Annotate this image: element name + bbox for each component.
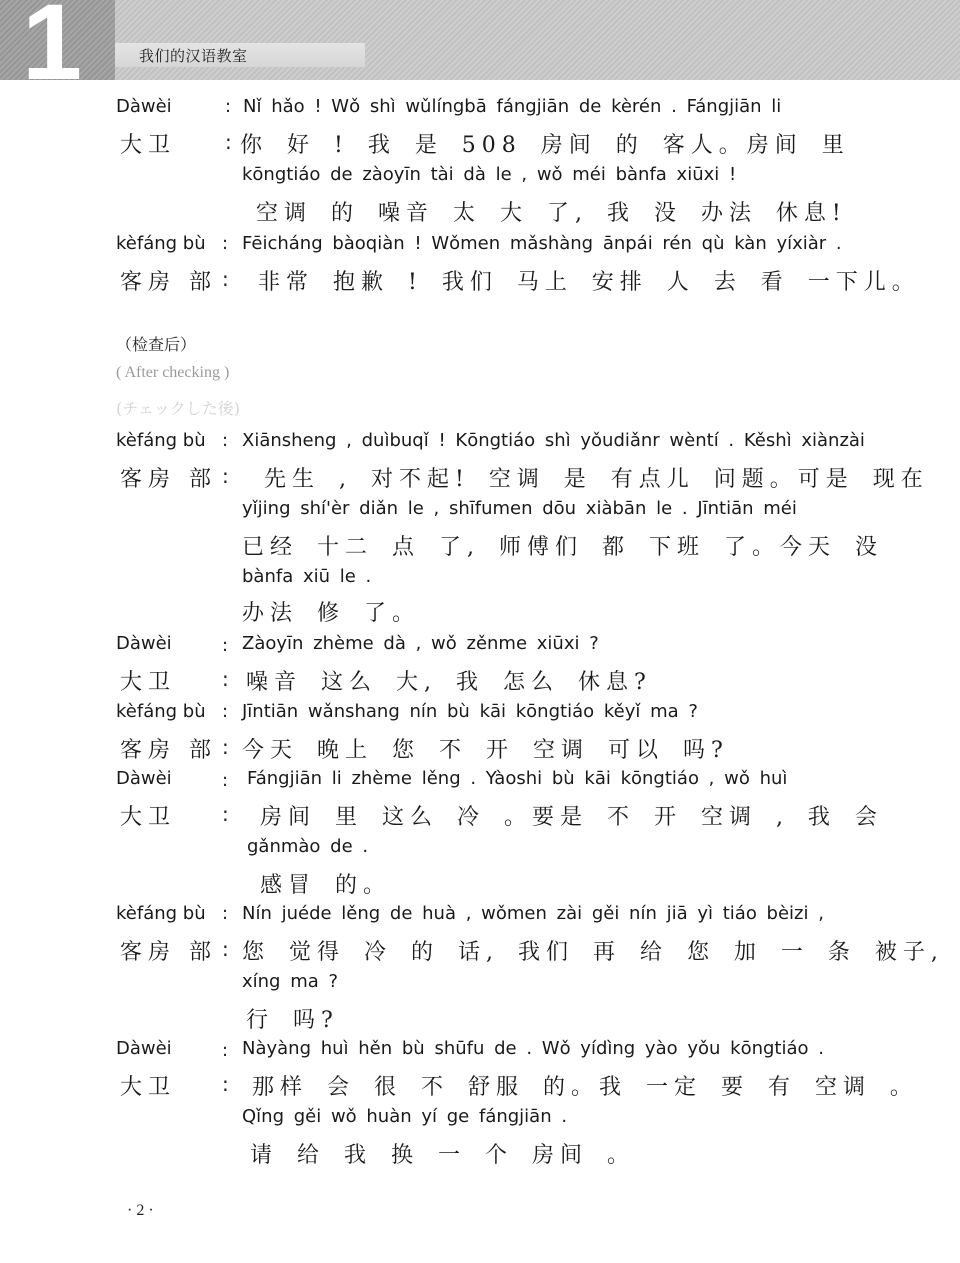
colon: :: [222, 464, 229, 488]
chinese-line: 今天 晚上 您 不 开 空调 可以 吗?: [242, 733, 729, 764]
speaker-chinese: 客房 部: [120, 733, 217, 764]
colon: :: [225, 130, 232, 154]
pinyin-line: yǐjing shí'èr diǎn le , shīfumen dōu xià…: [242, 498, 797, 519]
colon: :: [222, 267, 229, 291]
chinese-line: 你 好 ! 我 是 508 房间 的 客人。房间 里: [240, 128, 850, 159]
colon: :: [222, 701, 228, 722]
colon: :: [222, 937, 229, 961]
speaker-chinese: 大卫: [120, 800, 176, 831]
speaker-chinese: 大卫: [120, 665, 176, 696]
speaker-pinyin: kèfáng bù: [116, 701, 206, 722]
chinese-line: 感冒 的。: [260, 868, 391, 899]
pinyin-line: kōngtiáo de zàoyīn tài dà le , wǒ méi bà…: [242, 164, 736, 185]
note-chinese: （检查后）: [116, 332, 196, 355]
colon: :: [222, 770, 228, 791]
pinyin-line: xíng ma ?: [242, 971, 338, 992]
note-japanese: (チェックした後): [116, 396, 240, 419]
chinese-line: 非常 抱歉 ! 我们 马上 安排 人 去 看 一下儿。: [258, 265, 920, 296]
speaker-chinese: 客房 部: [120, 462, 217, 493]
pinyin-line: Jīntiān wǎnshang nín bù kāi kōngtiáo kěy…: [242, 701, 698, 722]
pinyin-line: Nǐ hǎo ! Wǒ shì wǔlíngbā fángjiān de kèr…: [243, 96, 781, 117]
colon: :: [222, 233, 228, 254]
speaker-chinese: 客房 部: [120, 935, 217, 966]
book-title: 我们的汉语教室: [139, 45, 248, 66]
colon: :: [225, 96, 231, 117]
colon: :: [222, 667, 229, 691]
colon: :: [222, 1072, 229, 1096]
pinyin-line: Nàyàng huì hěn bù shūfu de . Wǒ yídìng y…: [242, 1038, 824, 1059]
chinese-line: 房间 里 这么 冷 。要是 不 开 空调 , 我 会: [260, 800, 883, 831]
pinyin-line: bànfa xiū le .: [242, 566, 371, 587]
note-english: ( After checking ): [116, 364, 229, 382]
speaker-pinyin: kèfáng bù: [116, 233, 206, 254]
speaker-pinyin: Dàwèi: [116, 633, 172, 654]
chinese-line: 请 给 我 换 一 个 房间 。: [250, 1138, 635, 1169]
chinese-line: 先生 , 对不起! 空调 是 有点儿 问题。可是 现在: [264, 462, 929, 493]
pinyin-line: gǎnmào de .: [247, 836, 368, 857]
chapter-badge: 1: [0, 0, 115, 80]
colon: :: [222, 430, 228, 451]
chinese-line: 已经 十二 点 了, 师傅们 都 下班 了。今天 没: [242, 530, 883, 561]
chinese-line: 那样 会 很 不 舒服 的。我 一定 要 有 空调 。: [252, 1070, 918, 1101]
speaker-pinyin: Dàwèi: [116, 768, 172, 789]
pinyin-line: Qǐng gěi wǒ huàn yí ge fángjiān .: [242, 1106, 567, 1127]
speaker-pinyin: kèfáng bù: [116, 903, 206, 924]
chinese-line: 您 觉得 冷 的 话, 我们 再 给 您 加 一 条 被子,: [242, 935, 944, 966]
speaker-pinyin: kèfáng bù: [116, 430, 206, 451]
pinyin-line: Zàoyīn zhème dà , wǒ zěnme xiūxi ?: [242, 633, 599, 654]
pinyin-line: Fēicháng bàoqiàn ! Wǒmen mǎshàng ānpái r…: [242, 233, 842, 254]
colon: :: [222, 903, 228, 924]
chinese-line: 空调 的 噪音 太 大 了, 我 没 办法 休息!: [256, 196, 847, 227]
page-header: 1 我们的汉语教室: [0, 0, 960, 80]
speaker-pinyin: Dàwèi: [116, 1038, 172, 1059]
pinyin-line: Fángjiān li zhème lěng . Yàoshi bù kāi k…: [247, 768, 787, 789]
book-title-strip: 我们的汉语教室: [115, 43, 365, 67]
pinyin-line: Xiānsheng , duìbuqǐ ! Kōngtiáo shì yǒudi…: [242, 430, 865, 451]
speaker-chinese: 大卫: [120, 128, 176, 159]
page-number: · 2 ·: [127, 1202, 154, 1220]
colon: :: [222, 1040, 228, 1061]
chinese-line: 噪音 这么 大, 我 怎么 休息?: [246, 665, 652, 696]
colon: :: [222, 635, 228, 656]
pinyin-line: Nín juéde lěng de huà , wǒmen zài gěi ní…: [242, 903, 824, 924]
chinese-line: 办法 修 了。: [242, 596, 420, 627]
colon: :: [222, 802, 229, 826]
colon: :: [222, 735, 229, 759]
speaker-pinyin: Dàwèi: [116, 96, 172, 117]
speaker-chinese: 客房 部: [120, 265, 217, 296]
speaker-chinese: 大卫: [120, 1070, 176, 1101]
chinese-line: 行 吗?: [246, 1003, 339, 1034]
chapter-number: 1: [22, 0, 82, 80]
